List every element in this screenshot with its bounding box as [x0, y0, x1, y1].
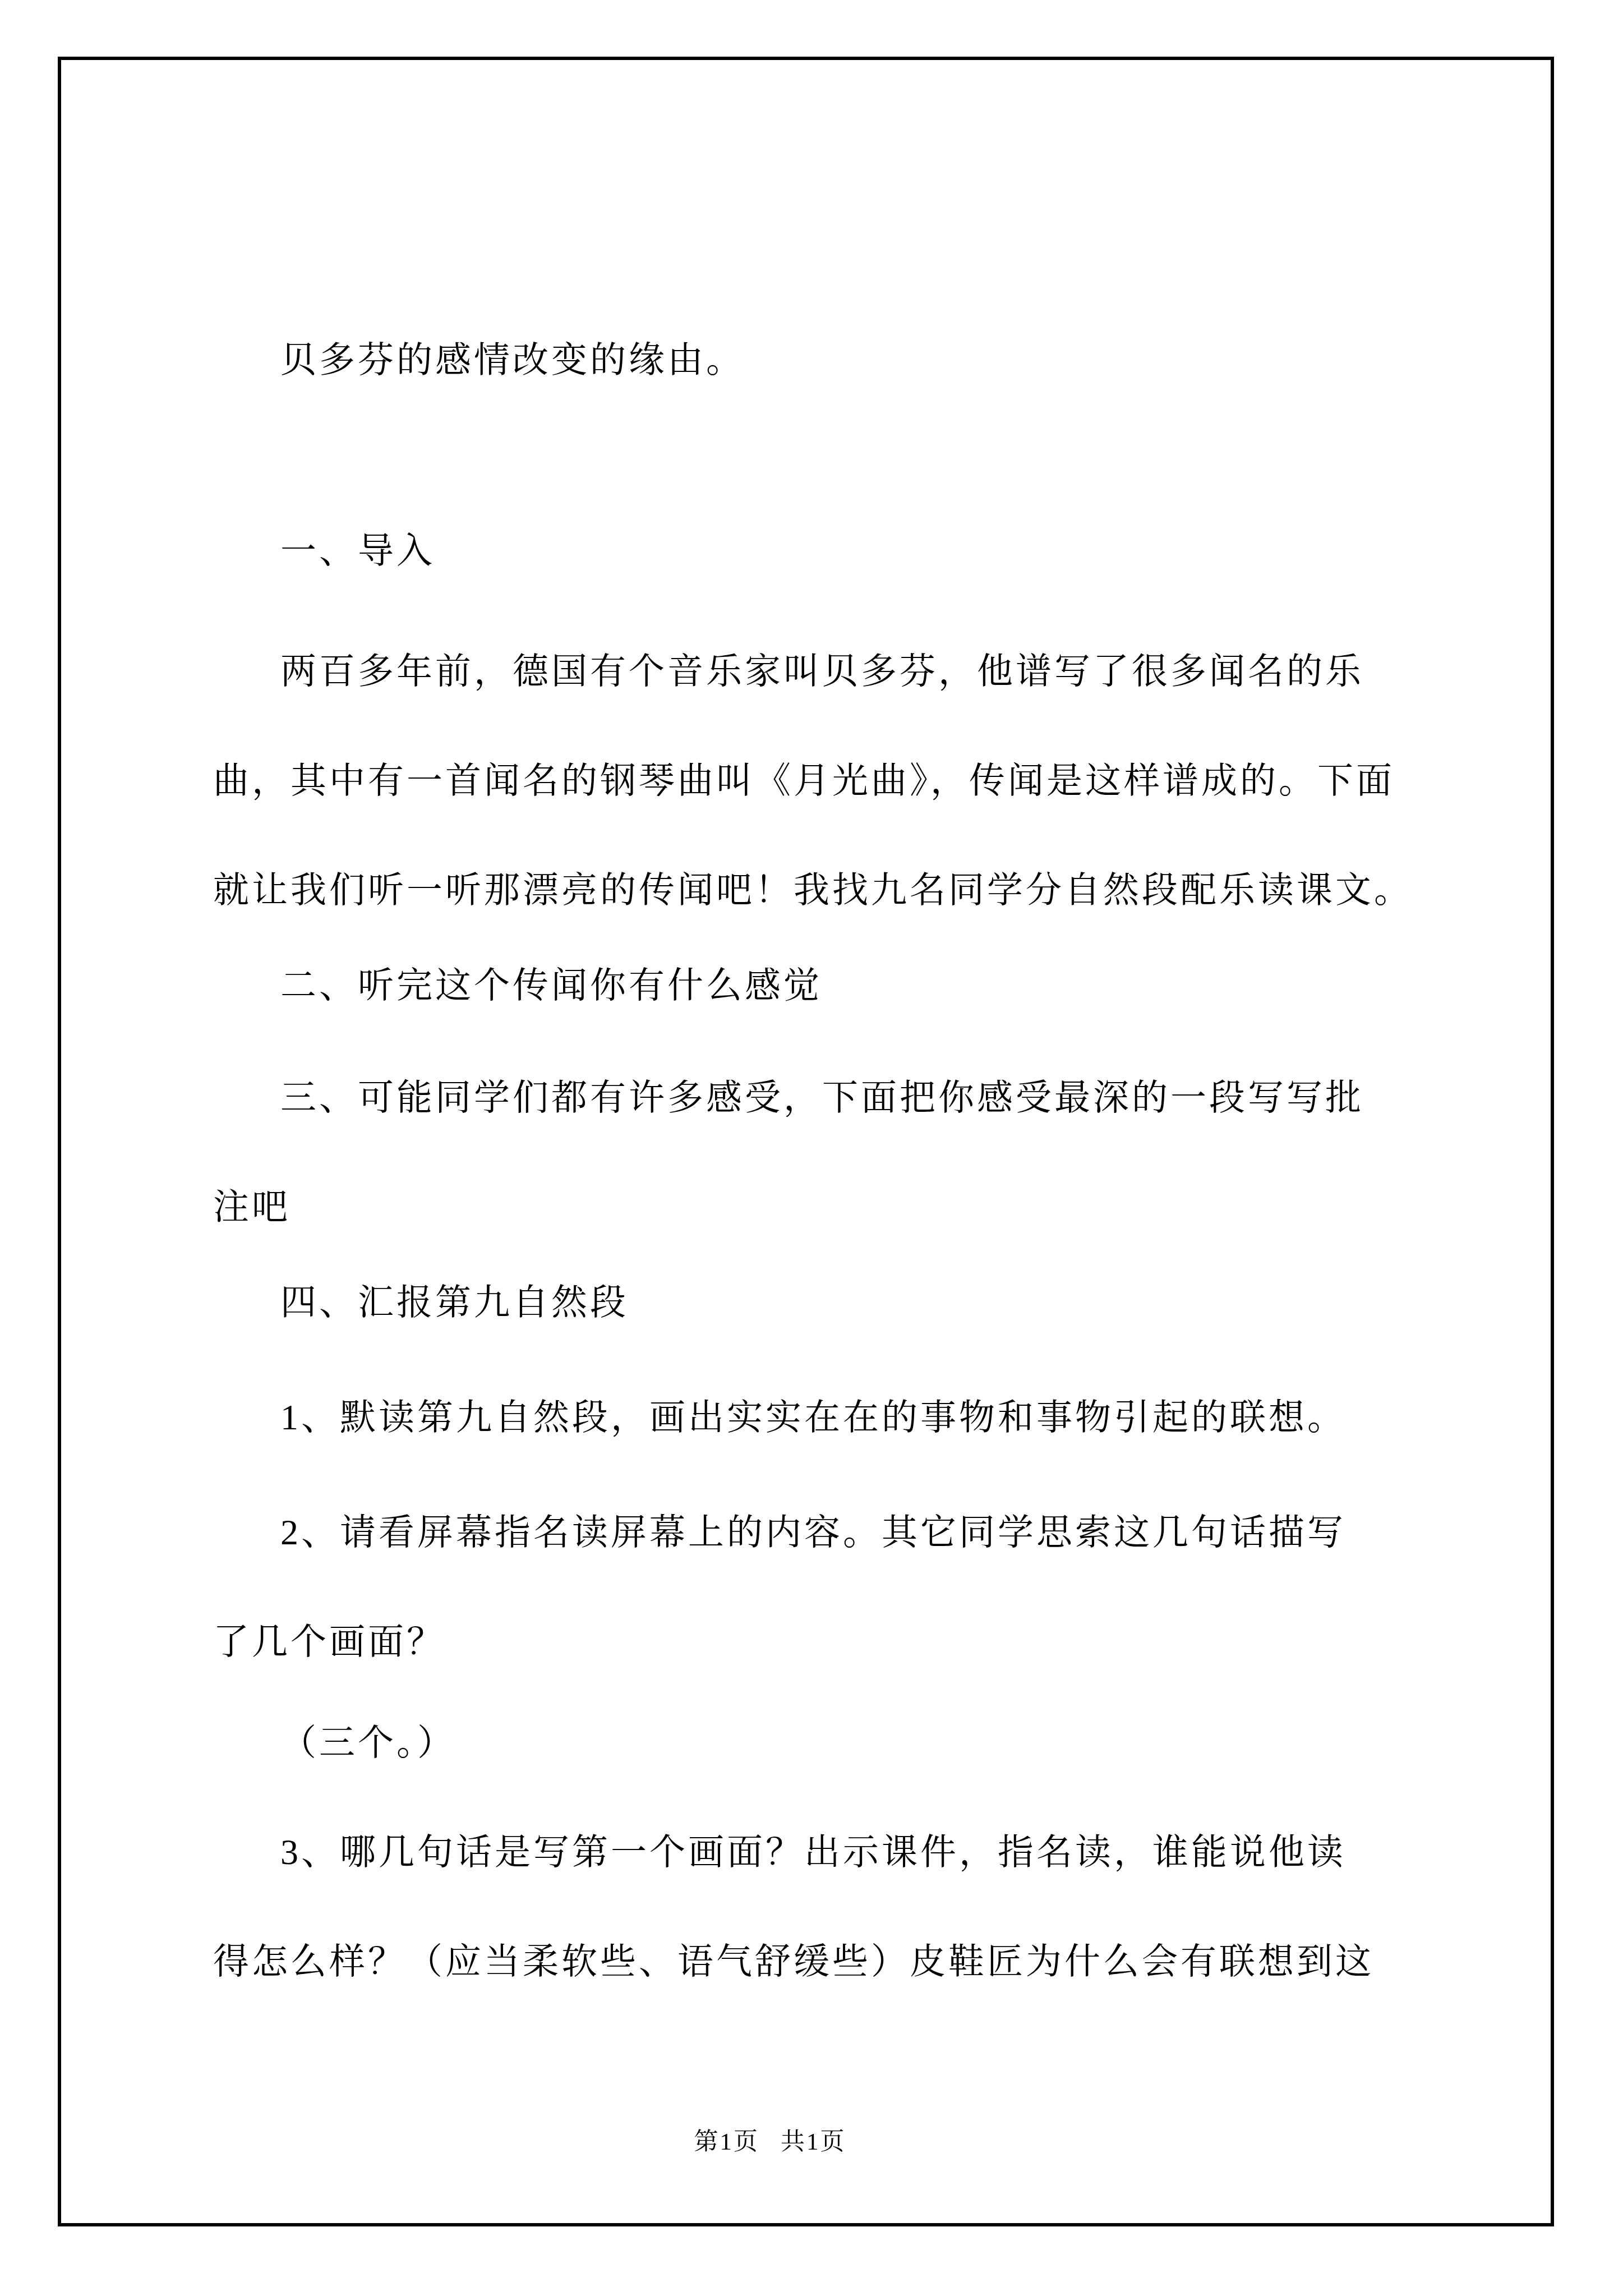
- footer-total-pages: 共1页: [781, 2129, 846, 2155]
- page-border: [58, 57, 1554, 2226]
- text-line: （三个。）: [280, 1725, 456, 1761]
- section-heading: 一、导入: [280, 533, 435, 569]
- text-line: 两百多年前，德国有个音乐家叫贝多芬，他谱写了很多闻名的乐: [280, 654, 1364, 689]
- text-line: 了几个画面？: [213, 1624, 445, 1660]
- section-heading: 四、汇报第九自然段: [280, 1285, 629, 1320]
- text-line: 曲，其中有一首闻名的钢琴曲叫《月光曲》，传闻是这样谱成的。下面: [213, 763, 1395, 799]
- page-footer: 第1页共1页: [58, 2130, 1482, 2154]
- document-page: 贝多芬的感情改变的缘由。 一、导入 两百多年前，德国有个音乐家叫贝多芬，他谱写了…: [0, 0, 1623, 2296]
- text-line: 贝多芬的感情改变的缘由。: [280, 342, 745, 378]
- text-line: 得怎么样？（应当柔软些、语气舒缓些）皮鞋匠为什么会有联想到这: [213, 1944, 1374, 1980]
- list-item: 2、请看屏幕指名读屏幕上的内容。其它同学思索这几句话描写: [280, 1515, 1346, 1550]
- list-item: 3、哪几句话是写第一个画面？出示课件，指名读，谁能说他读: [280, 1834, 1346, 1870]
- section-heading: 三、可能同学们都有许多感受，下面把你感受最深的一段写写批: [280, 1080, 1364, 1116]
- section-heading: 二、听完这个传闻你有什么感觉: [280, 968, 822, 1004]
- text-line: 就让我们听一听那漂亮的传闻吧！我找九名同学分自然段配乐读课文。: [213, 872, 1413, 908]
- footer-page-number: 第1页: [694, 2129, 760, 2155]
- list-item: 1、默读第九自然段，画出实实在在的事物和事物引起的联想。: [280, 1400, 1346, 1435]
- text-line: 注吧: [213, 1189, 291, 1225]
